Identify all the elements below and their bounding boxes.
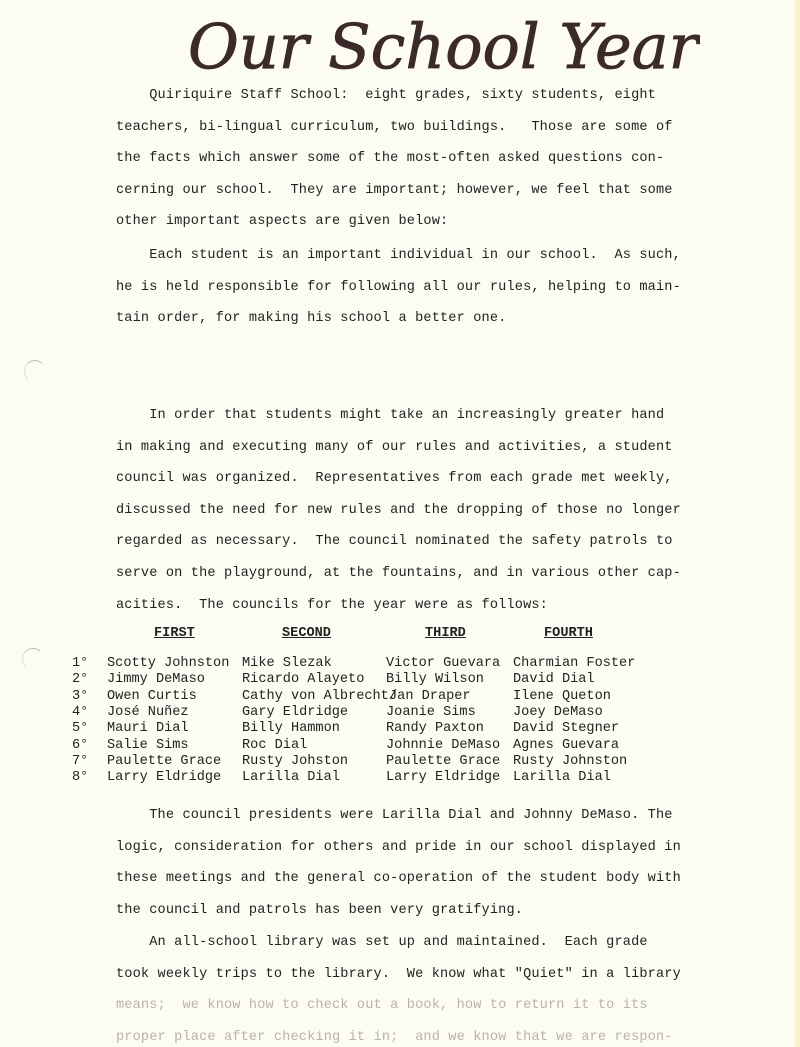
faded-text-line: means; we know how to check out a book, … [116,990,676,1022]
text-line: discussed the need for new rules and the… [116,495,676,527]
grade-label: 6° [72,738,88,754]
page-edge [794,0,800,1047]
grade-label: 4° [72,705,88,721]
table-cell: Randy Paxton [386,721,484,737]
text-line: in making and executing many of our rule… [116,432,676,464]
text-line: Each student is an important individual … [116,240,676,272]
paragraph: An all-school library was set up and mai… [116,927,676,1047]
text-line: other important aspects are given below: [116,206,676,238]
table-cell: Jan Draper [389,689,471,705]
text-line: teachers, bi-lingual curriculum, two bui… [116,112,676,144]
table-cell: Larry Eldridge [386,770,500,786]
text-line: tain order, for making his school a bett… [116,303,676,335]
column-header: SECOND [282,626,331,642]
table-cell: Roc Dial [242,738,307,754]
text-line: In order that students might take an inc… [116,400,676,432]
table-cell: Billy Hammon [242,721,340,737]
title-script: Our School Year [180,2,700,86]
table-cell: Larilla Dial [242,770,340,786]
grade-label: 5° [72,721,88,737]
table-cell: David Stegner [513,721,619,737]
table-cell: Billy Wilson [386,672,484,688]
text-line: cerning our school. They are important; … [116,175,676,207]
table-cell: Cathy von Albrecht/ [242,689,397,705]
table-cell: Jimmy DeMaso [107,672,205,688]
grade-label: 7° [72,754,88,770]
table-cell: Johnnie DeMaso [386,738,500,754]
text-line: acities. The councils for the year were … [116,590,676,622]
table-cell: Joey DeMaso [513,705,603,721]
table-cell: Agnes Guevara [513,738,619,754]
table-cell: Gary Eldridge [242,705,348,721]
table-cell: Mike Slezak [242,656,332,672]
grade-label: 1° [72,656,88,672]
table-cell: David Dial [513,672,595,688]
table-cell: Paulette Grace [107,754,221,770]
text-line: serve on the playground, at the fountain… [116,558,676,590]
table-cell: Mauri Dial [107,721,189,737]
paragraph: In order that students might take an inc… [116,400,676,621]
text-line: Quiriquire Staff School: eight grades, s… [116,80,676,112]
column-header: FIRST [154,626,195,642]
table-cell: Rusty Johnston [513,754,627,770]
text-line: he is held responsible for following all… [116,272,676,304]
table-cell: Scotty Johnston [107,656,229,672]
text-line: The council presidents were Larilla Dial… [116,800,676,832]
table-cell: Paulette Grace [386,754,500,770]
grade-label: 3° [72,689,88,705]
column-header: FOURTH [544,626,593,642]
text-line: took weekly trips to the library. We kno… [116,959,676,991]
grade-label: 8° [72,770,88,786]
text-line: regarded as necessary. The council nomin… [116,526,676,558]
table-cell: Joanie Sims [386,705,476,721]
table-cell: Ilene Queton [513,689,611,705]
text-line: the facts which answer some of the most-… [116,143,676,175]
table-cell: Larry Eldridge [107,770,221,786]
paragraph: The council presidents were Larilla Dial… [116,800,676,926]
table-cell: Owen Curtis [107,689,197,705]
table-cell: Larilla Dial [513,770,611,786]
handwritten-title: Our School Year [180,2,700,86]
text-line: the council and patrols has been very gr… [116,895,676,927]
table-cell: José Nuñez [107,705,189,721]
text-line: An all-school library was set up and mai… [116,927,676,959]
grade-label: 2° [72,672,88,688]
text-line: council was organized. Representatives f… [116,463,676,495]
paragraph: Each student is an important individual … [116,240,676,335]
paragraph: Quiriquire Staff School: eight grades, s… [116,80,676,238]
title-text: Our School Year [188,10,700,83]
text-line: logic, consideration for others and prid… [116,832,676,864]
column-header: THIRD [425,626,466,642]
punch-hole-mark [22,648,44,670]
table-cell: Charmian Foster [513,656,635,672]
table-cell: Ricardo Alayeto [242,672,364,688]
table-cell: Rusty Johston [242,754,348,770]
text-line: these meetings and the general co-operat… [116,863,676,895]
punch-hole-mark [24,360,46,382]
faded-text-line: proper place after checking it in; and w… [116,1022,676,1047]
table-cell: Victor Guevara [386,656,500,672]
table-cell: Salie Sims [107,738,189,754]
